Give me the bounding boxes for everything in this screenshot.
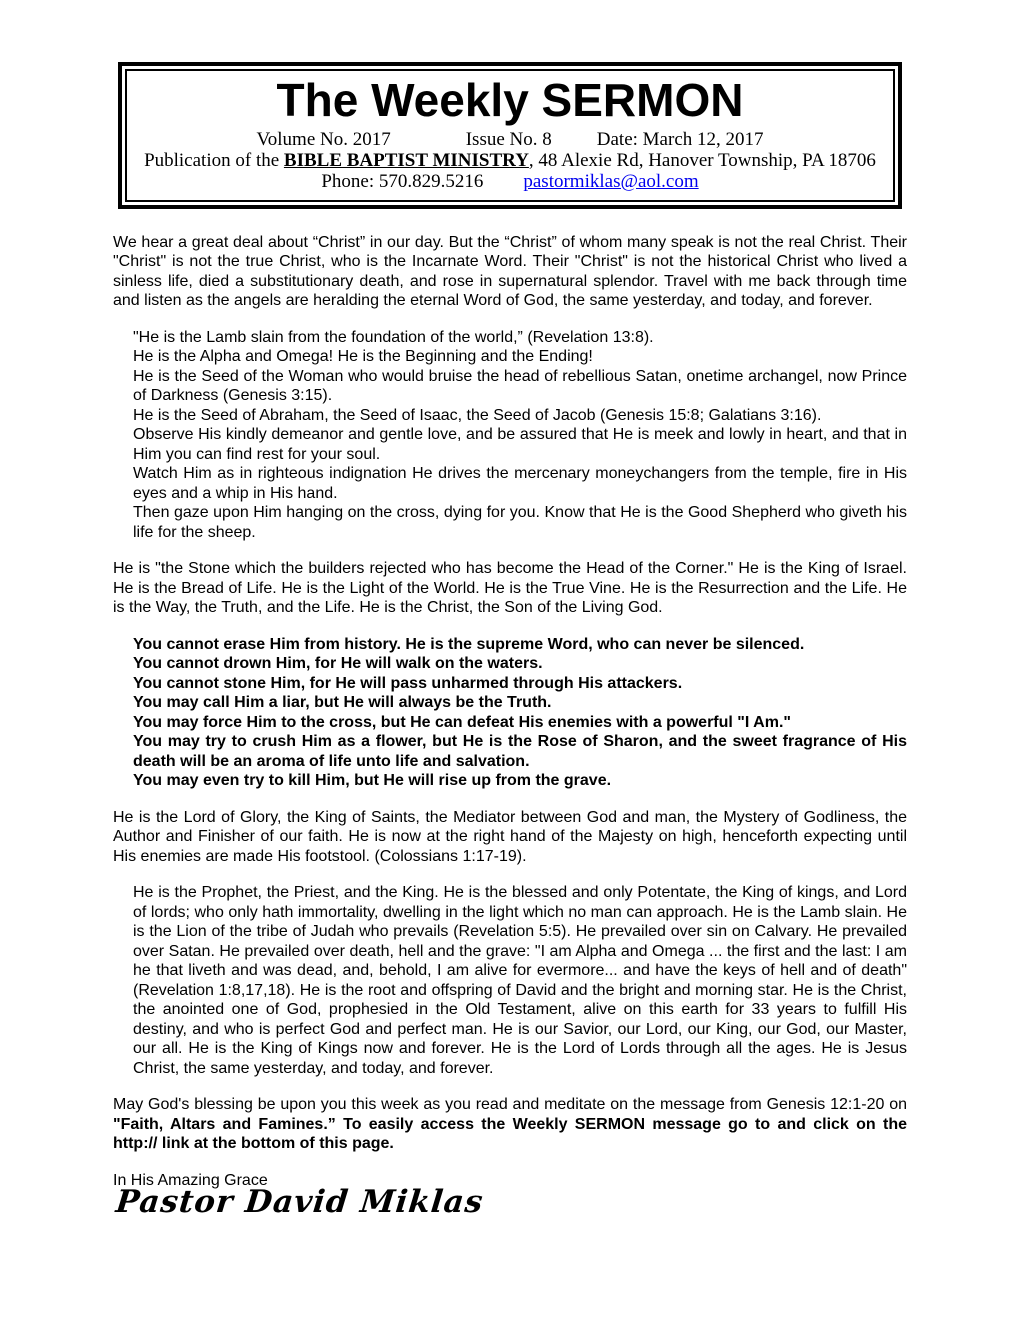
heralding-line: He is the Alpha and Omega! He is the Beg… [133,347,907,367]
intro-paragraph: We hear a great deal about “Christ” in o… [113,233,907,311]
stone-paragraph: He is "the Stone which the builders reje… [113,559,907,618]
heralding-line: "He is the Lamb slain from the foundatio… [133,328,907,348]
heralding-lines-group: "He is the Lamb slain from the foundatio… [133,328,907,543]
heralding-line: Then gaze upon Him hanging on the cross,… [133,503,907,542]
declaration-line: You may force Him to the cross, but He c… [133,713,907,733]
closing-bold-text: "Faith, Altars and Famines.” To easily a… [113,1116,907,1153]
sermon-body: We hear a great deal about “Christ” in o… [113,233,907,1213]
declaration-line: You cannot drown Him, for He will walk o… [133,654,907,674]
declaration-line: You may try to crush Him as a flower, bu… [133,732,907,771]
volume-number: Volume No. 2017 [257,129,391,150]
closing-blessing-paragraph: May God's blessing be upon you this week… [113,1095,907,1154]
declaration-line: You may call Him a liar, but He will alw… [133,693,907,713]
heralding-line: He is the Seed of the Woman who would br… [133,367,907,406]
publication-address: , 48 Alexie Rd, Hanover Township, PA 187… [529,150,876,171]
contact-line: Phone: 570.829.5216pastormiklas@aol.com [127,171,893,192]
declaration-line: You cannot erase Him from history. He is… [133,635,907,655]
pastor-signature: Pastor David Miklas [115,1193,909,1213]
heralding-line: Observe His kindly demeanor and gentle l… [133,425,907,464]
issue-number: Issue No. 8 [466,129,552,150]
volume-issue-date-line: Volume No. 2017Issue No. 8Date: March 12… [127,129,893,150]
newsletter-title: The Weekly SERMON [127,76,893,125]
masthead-box: The Weekly SERMON Volume No. 2017Issue N… [118,62,902,209]
lord-of-glory-paragraph: He is the Lord of Glory, the King of Sai… [113,808,907,867]
prophet-priest-king-paragraph: He is the Prophet, the Priest, and the K… [133,883,907,1078]
closing-lead-text: May God's blessing be upon you this week… [113,1096,907,1113]
heralding-line: He is the Seed of Abraham, the Seed of I… [133,406,907,426]
declaration-line: You cannot stone Him, for He will pass u… [133,674,907,694]
phone-number: Phone: 570.829.5216 [321,171,483,192]
page-content: The Weekly SERMON Volume No. 2017Issue N… [0,62,1020,1213]
issue-date: Date: March 12, 2017 [597,129,764,150]
declaration-line: You may even try to kill Him, but He wil… [133,771,907,791]
you-cannot-lines-group: You cannot erase Him from history. He is… [133,635,907,791]
email-link[interactable]: pastormiklas@aol.com [523,171,698,192]
masthead-inner-border: The Weekly SERMON Volume No. 2017Issue N… [125,69,895,202]
publication-line: Publication of the BIBLE BAPTIST MINISTR… [127,150,893,171]
heralding-line: Watch Him as in righteous indignation He… [133,464,907,503]
publication-prefix: Publication of the [144,150,284,171]
ministry-name: BIBLE BAPTIST MINISTRY [284,150,529,171]
sermon-newsletter-page: The Weekly SERMON Volume No. 2017Issue N… [0,0,1020,1320]
